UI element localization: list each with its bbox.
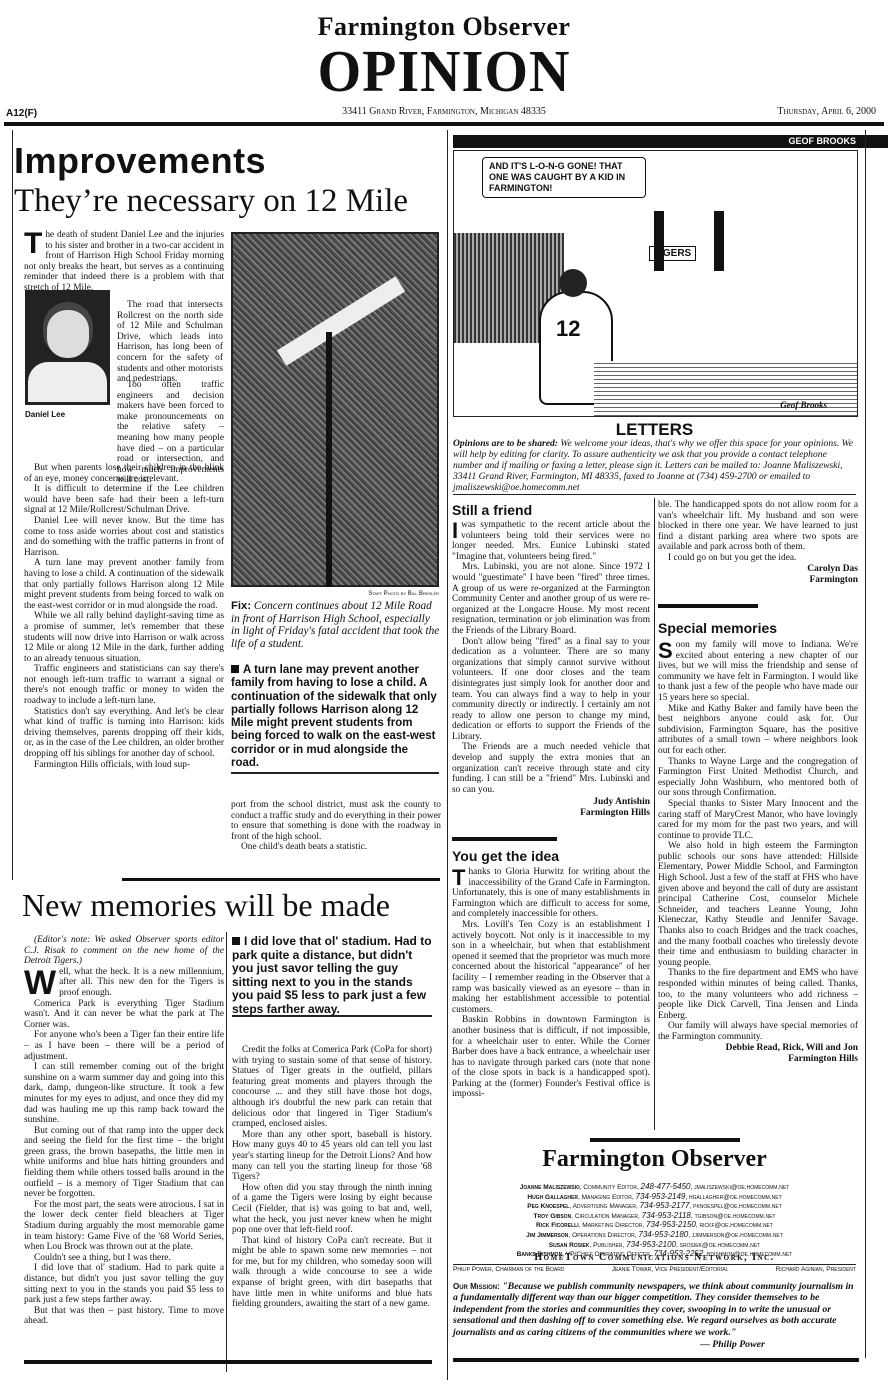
letter-continuation: ble. The handicapped spots do not allow … bbox=[658, 500, 858, 586]
mission-statement: Our Mission: "Because we publish communi… bbox=[453, 1281, 859, 1338]
photo-credit: Staff Photo by Bill Bresler bbox=[231, 591, 439, 597]
cartoon-artist-bar: GEOF BROOKS bbox=[453, 135, 888, 148]
letter-body: Soon my family will move to Indiana. We'… bbox=[658, 640, 858, 1065]
dateline: Thursday, April 6, 2000 bbox=[777, 106, 876, 117]
photo-caption: Fix: Concern continues about 12 Mile Roa… bbox=[231, 600, 441, 650]
column-right-body: Credit the folks at Comerica Park (CoPa … bbox=[232, 1045, 432, 1310]
letters-intro: Opinions are to be shared: We welcome yo… bbox=[453, 438, 856, 493]
editorial-kicker: Improvements bbox=[14, 140, 266, 182]
editorial-body: But when parents lose their children in … bbox=[24, 463, 224, 770]
cartoon-stadium-sign: TIGERS bbox=[649, 246, 696, 261]
editorial-lead: The death of student Daniel Lee and the … bbox=[24, 230, 224, 294]
center-divider bbox=[447, 130, 448, 1380]
section-title: OPINION bbox=[0, 43, 888, 102]
right-border bbox=[865, 130, 866, 1358]
column-pullquote: I did love that ol' stadium. Had to park… bbox=[232, 935, 432, 1016]
letter-body: Thanks to Gloria Hurwitz for writing abo… bbox=[452, 867, 650, 1100]
pullquote-rule bbox=[231, 772, 439, 774]
column-divider bbox=[226, 932, 227, 1372]
bottom-rule bbox=[453, 1358, 859, 1362]
staff-list: Joanne Maliszewski, Community Editor, 24… bbox=[453, 1183, 856, 1260]
letter-city: Farmington bbox=[658, 575, 858, 586]
letters-intro-rule bbox=[453, 494, 856, 495]
letter-title: You get the idea bbox=[452, 848, 559, 864]
letter-body: Iwas sympathetic to the recent article a… bbox=[452, 520, 650, 819]
editorial-headline: They’re necessary on 12 Mile bbox=[14, 183, 408, 220]
letter-rule bbox=[658, 604, 758, 608]
editorial-continuation: port from the school district, must ask … bbox=[231, 800, 441, 853]
masthead: Farmington Observer bbox=[0, 12, 888, 42]
letter-author: Carolyn Das bbox=[658, 564, 858, 575]
column-bottom-rule bbox=[24, 1360, 432, 1364]
mission-author: — Philip Power bbox=[700, 1339, 765, 1352]
column-pullquote-rule bbox=[232, 1015, 432, 1017]
executives: Philip Power, Chairman of the Board Jean… bbox=[453, 1266, 856, 1275]
letter-author: Judy Antishin bbox=[452, 797, 650, 808]
column-body: (Editor's note: We asked Observer sports… bbox=[24, 935, 224, 1327]
editorial-cartoon: AND IT'S L-O-N-G GONE! THAT ONE WAS CAUG… bbox=[453, 150, 858, 417]
letter-rule bbox=[452, 837, 557, 841]
header-rule bbox=[4, 122, 884, 126]
section-rule bbox=[122, 878, 440, 881]
street-sign-photo bbox=[231, 232, 439, 587]
address: 33411 Grand River, Farmington, Michigan … bbox=[0, 106, 888, 117]
network-rule bbox=[453, 1264, 856, 1265]
letter-city: Farmington Hills bbox=[658, 1054, 858, 1065]
letter-author: Debbie Read, Rick, Will and Jon bbox=[658, 1043, 858, 1054]
editorial-text-beside-portrait: The road that intersects Rollcrest on th… bbox=[117, 300, 223, 385]
cartoon-signature: Geof Brooks bbox=[780, 400, 827, 410]
letter-title: Still a friend bbox=[452, 502, 532, 518]
staff-logo: Farmington Observer bbox=[453, 1146, 856, 1173]
dropcap: T bbox=[24, 231, 42, 257]
cartoon-speech-bubble: AND IT'S L-O-N-G GONE! THAT ONE WAS CAUG… bbox=[482, 157, 646, 198]
network-name: HomeTown Communications Network, Inc. bbox=[453, 1252, 856, 1263]
letters-title: LETTERS bbox=[453, 420, 856, 440]
letters-divider bbox=[654, 498, 655, 1130]
cartoon-jersey-number: 12 bbox=[556, 316, 580, 342]
column-headline: New memories will be made bbox=[22, 887, 390, 924]
letter-city: Farmington Hills bbox=[452, 808, 650, 819]
letter-title: Special memories bbox=[658, 620, 777, 636]
editorial-pullquote: A turn lane may prevent another family f… bbox=[231, 664, 439, 770]
staff-top-rule bbox=[590, 1138, 740, 1142]
left-border bbox=[12, 130, 13, 880]
